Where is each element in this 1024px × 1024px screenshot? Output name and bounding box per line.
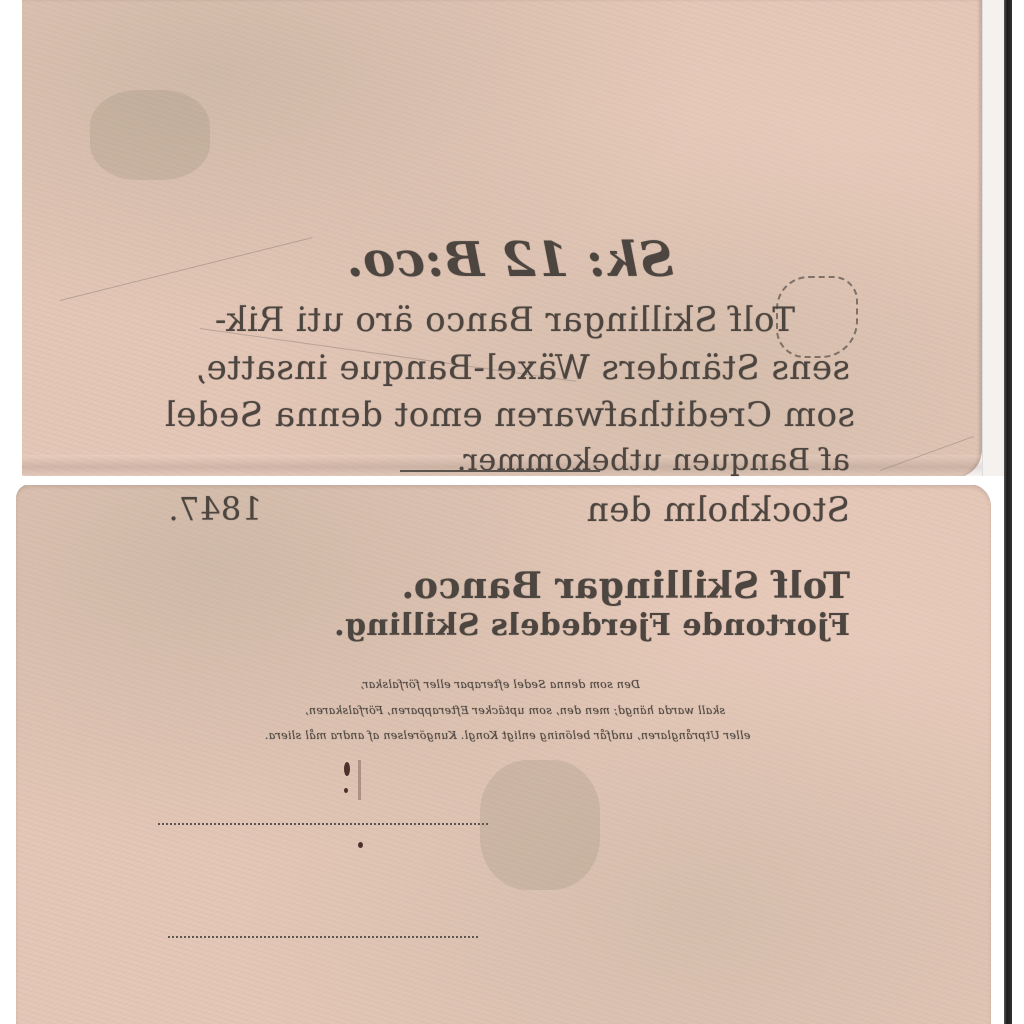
scan-margin: [1012, 0, 1024, 1024]
age-stain: [480, 760, 600, 890]
scan-edge-border: [1004, 0, 1012, 1024]
warning-line-2: skall warda hängd; men den, som uptäcker…: [175, 704, 855, 717]
scanner-backing: [982, 0, 1005, 478]
place-date: Stockholm den: [560, 490, 850, 530]
amount-fraction: Fjortonde Fjerdedels Skilling.: [265, 608, 850, 643]
age-stain: [90, 90, 210, 180]
warning-line-1: Den som denna Sedel efterapar eller förf…: [290, 678, 710, 691]
body-line-3: som Credithafwaren emot denna Sedel: [165, 395, 855, 435]
strikethrough-mark: [400, 470, 600, 472]
ink-streak: [358, 760, 361, 800]
body-line-2: sens Ständers Wäxel-Banque insatte,: [170, 348, 850, 388]
amount-words: Tolf Skillingar Banco.: [400, 565, 850, 607]
body-line-4: af Banquen utbekommer.: [400, 443, 850, 478]
body-line-1: Tolf Skillingar Banco äro uti Rik-: [175, 300, 795, 340]
ink-spot: [344, 762, 350, 776]
warning-line-3: eller Utprånglaren, undfår belöning enli…: [155, 729, 860, 742]
signature-line-2: [168, 936, 478, 939]
ink-spot: [358, 842, 363, 848]
ink-spot: [344, 788, 348, 793]
year: 1847.: [168, 490, 278, 528]
signature-line-1: [158, 823, 488, 826]
denomination: Sk: 12 B:co.: [340, 232, 680, 288]
